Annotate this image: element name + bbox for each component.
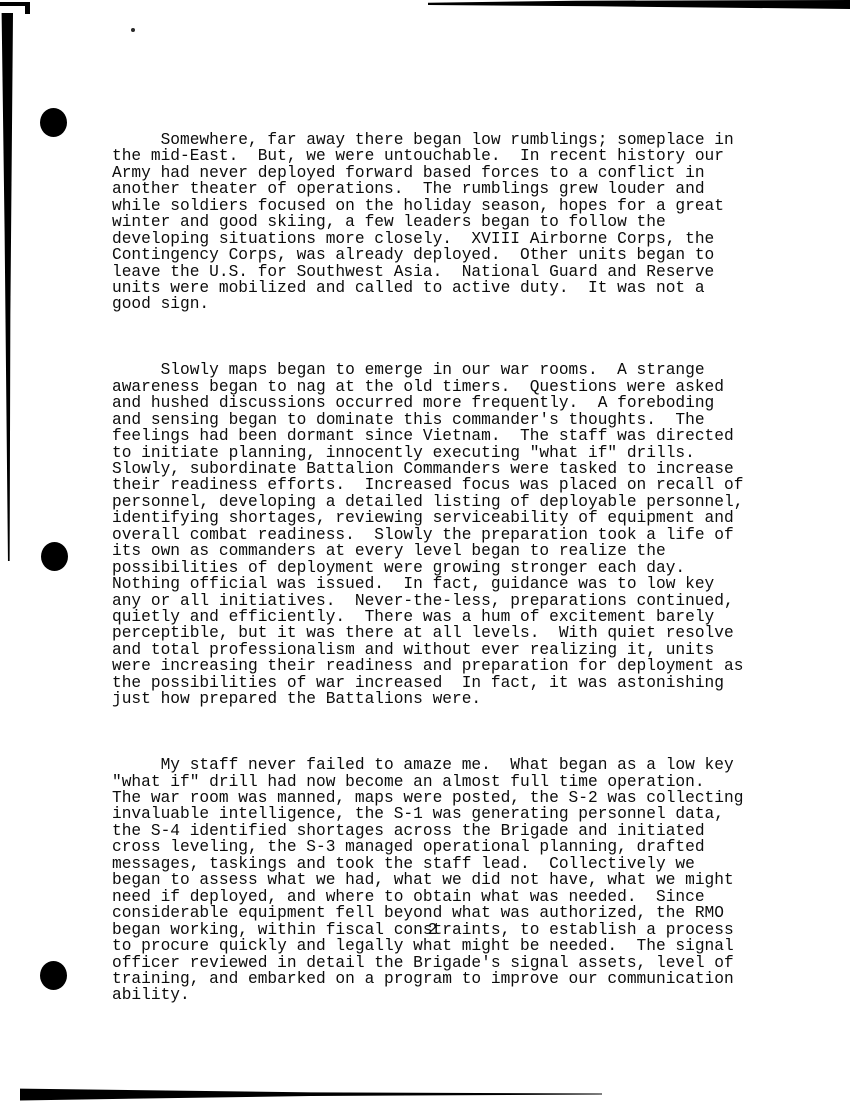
scan-artifact-bottom-edge-streak xyxy=(20,1087,602,1101)
punch-hole-mark-1 xyxy=(40,108,67,137)
scan-artifact-top-edge-streak xyxy=(428,0,850,9)
punch-hole-mark-2 xyxy=(41,542,68,571)
paragraph-1: Somewhere, far away there began low rumb… xyxy=(112,132,743,313)
page-number: 2 xyxy=(112,921,753,939)
punch-hole-mark-3 xyxy=(40,961,67,990)
body-text: Somewhere, far away there began low rumb… xyxy=(112,99,743,1037)
scan-artifact-corner-bracket-vertical xyxy=(25,2,30,14)
paragraph-3: My staff never failed to amaze me. What … xyxy=(112,757,743,1004)
stray-ink-dot xyxy=(131,28,135,32)
scanned-document-page: Somewhere, far away there began low rumb… xyxy=(0,0,850,1107)
scan-artifact-binding-strip xyxy=(1,13,13,561)
paragraph-2: Slowly maps began to emerge in our war r… xyxy=(112,362,743,708)
